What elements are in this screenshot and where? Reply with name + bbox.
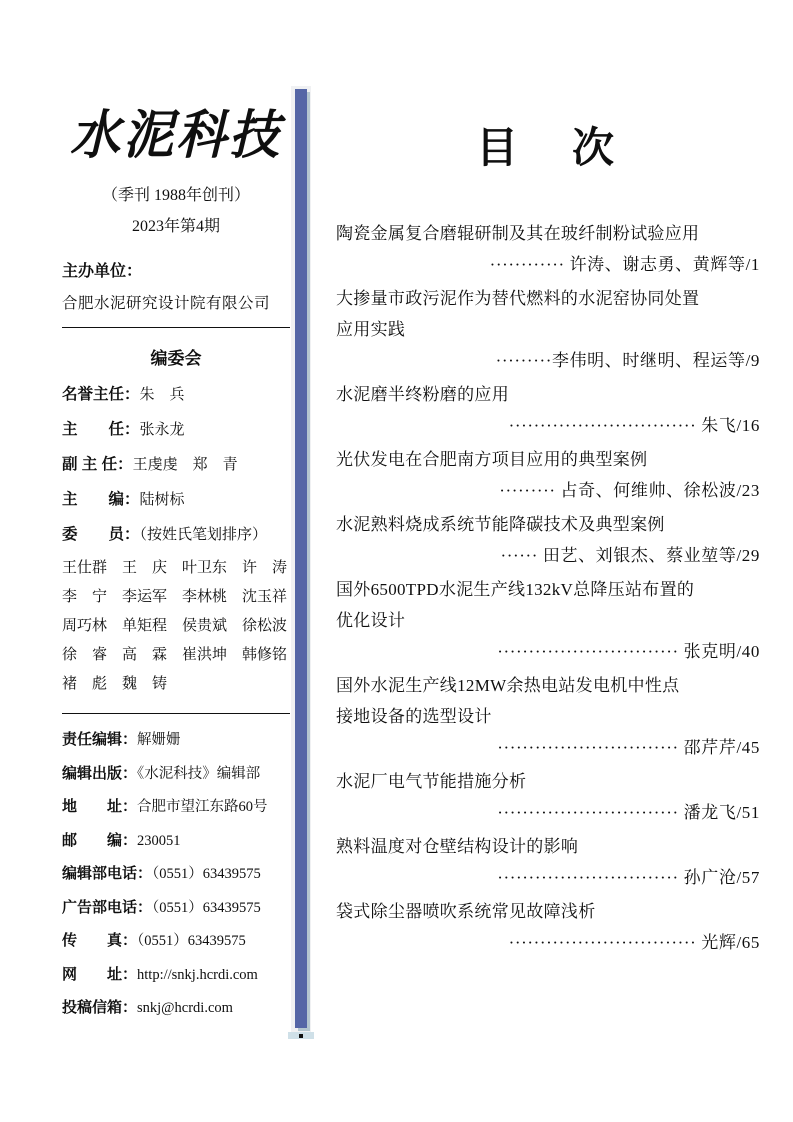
toc-entry-title-line: 光伏发电在合肥南方项目应用的典型案例 — [336, 444, 760, 475]
member-row: 徐 睿 高 霖 崔洪坤 韩修铭 — [62, 641, 290, 670]
divider-rule-bottom — [62, 713, 290, 714]
vertical-divider-frame — [291, 86, 311, 1034]
publishing-value: http://snkj.hcrdi.com — [137, 967, 258, 983]
publishing-value: 解姗姗 — [137, 732, 181, 748]
publishing-line: 责任编辑：解姗姗 — [62, 728, 290, 749]
publishing-label: 广告部电话： — [62, 899, 152, 916]
toc-entry: 袋式除尘器喷吹系统常见故障浅析 ························… — [336, 896, 760, 958]
publishing-label: 邮 编： — [62, 832, 137, 849]
member-row: 周巧林 单矩程 侯贵斌 徐松波 — [62, 612, 290, 641]
toc-entry: 水泥熟料烧成系统节能降碳技术及典型案例 ······ 田艺、刘银杰、蔡业堃等/2… — [336, 509, 760, 571]
journal-title: 水泥科技 — [62, 102, 290, 167]
publishing-label: 传 真： — [62, 932, 137, 949]
toc-entry-title-line: 水泥磨半终粉磨的应用 — [336, 379, 760, 410]
board-role-line: 副 主 任：王虔虔 郑 青 — [62, 452, 290, 474]
toc-entry-byline: ····························· 邵芹芹/45 — [336, 732, 760, 763]
toc-entry-title: 水泥厂电气节能措施分析 — [336, 766, 760, 797]
board-role-value: 朱 兵 — [140, 387, 185, 403]
toc-entry: 国外6500TPD水泥生产线132kV总降压站布置的优化设计 ·········… — [336, 574, 760, 667]
toc-entry-byline: ········· 占奇、何维帅、徐松波/23 — [336, 475, 760, 506]
toc-entry-byline: ·········李伟明、时继明、程运等/9 — [336, 345, 760, 376]
publishing-line: 编辑部电话：（0551）63439575 — [62, 862, 290, 883]
journal-front-page: { "masthead": { "title": "水泥科技", "subtit… — [0, 0, 793, 1122]
board-role-label: 主 任： — [62, 421, 140, 438]
publishing-line: 投稿信箱：snkj@hcrdi.com — [62, 996, 290, 1017]
publishing-label: 地 址： — [62, 798, 137, 815]
toc-entry-title-line: 优化设计 — [336, 605, 760, 636]
board-role-line: 主 任：张永龙 — [62, 417, 290, 439]
toc-entry-title-line: 国外6500TPD水泥生产线132kV总降压站布置的 — [336, 574, 760, 605]
divider-endcap-dot — [299, 1034, 303, 1038]
board-role-line: 主 编：陆树标 — [62, 487, 290, 509]
member-rows-host: 王仕群 王 庆 叶卫东 许 涛李 宁 李运军 李林桃 沈玉祥周巧林 单矩程 侯贵… — [62, 554, 290, 699]
publishing-value: （0551）63439575 — [152, 900, 261, 916]
toc-entry-byline: ······ 田艺、刘银杰、蔡业堃等/29 — [336, 540, 760, 571]
toc-entry-byline: ······························ 光辉/65 — [336, 927, 760, 958]
toc-entry-byline: ····························· 孙广沧/57 — [336, 862, 760, 893]
publishing-label: 编辑出版： — [62, 765, 137, 782]
toc-entry-byline: ············ 许涛、谢志勇、黄辉等/1 — [336, 249, 760, 280]
editorial-board-roles: 名誉主任：朱 兵 主 任：张永龙 副 主 任：王虔虔 郑 青 主 编：陆树标 委… — [62, 382, 290, 544]
divider-rule-top — [62, 327, 290, 328]
toc-entry-title: 水泥磨半终粉磨的应用 — [336, 379, 760, 410]
member-row: 王仕群 王 庆 叶卫东 许 涛 — [62, 554, 290, 583]
toc-entry-title-line: 水泥熟料烧成系统节能降碳技术及典型案例 — [336, 509, 760, 540]
toc-entry: 陶瓷金属复合磨辊研制及其在玻纤制粉试验应用 ············ 许涛、谢志… — [336, 218, 760, 280]
toc-entry-byline: ······························ 朱飞/16 — [336, 410, 760, 441]
publishing-label: 编辑部电话： — [62, 865, 152, 882]
toc-entry-title-line: 应用实践 — [336, 314, 760, 345]
toc-entry-title-line: 熟料温度对仓壁结构设计的影响 — [336, 831, 760, 862]
toc-entry: 大掺量市政污泥作为替代燃料的水泥窑协同处置应用实践 ·········李伟明、时… — [336, 283, 760, 376]
board-role-value: 陆树标 — [140, 492, 185, 508]
board-role-label: 副 主 任： — [62, 456, 133, 473]
publishing-value: （0551）63439575 — [137, 933, 246, 949]
toc-entry-title-line: 陶瓷金属复合磨辊研制及其在玻纤制粉试验应用 — [336, 218, 760, 249]
toc-entry-title: 国外水泥生产线12MW余热电站发电机中性点接地设备的选型设计 — [336, 670, 760, 732]
toc-entry: 熟料温度对仓壁结构设计的影响 ·························… — [336, 831, 760, 893]
editorial-board-member-rows: 王仕群 王 庆 叶卫东 许 涛李 宁 李运军 李林桃 沈玉祥周巧林 单矩程 侯贵… — [62, 554, 290, 699]
publishing-value: 合肥市望江东路60号 — [137, 799, 268, 815]
publishing-line: 邮 编：230051 — [62, 829, 290, 850]
organizer-label: 主办单位： — [62, 258, 290, 281]
toc-entry-title-line: 水泥厂电气节能措施分析 — [336, 766, 760, 797]
board-role-value: 张永龙 — [140, 422, 185, 438]
toc-entry-title-line: 国外水泥生产线12MW余热电站发电机中性点 — [336, 670, 760, 701]
board-role-line: 名誉主任：朱 兵 — [62, 382, 290, 404]
toc-entry-title: 光伏发电在合肥南方项目应用的典型案例 — [336, 444, 760, 475]
toc-entry-title: 袋式除尘器喷吹系统常见故障浅析 — [336, 896, 760, 927]
toc-heading: 目 次 — [336, 124, 760, 174]
publishing-line: 传 真：（0551）63439575 — [62, 929, 290, 950]
member-row: 褚 彪 魏 铸 — [62, 670, 290, 699]
toc-entry-byline: ····························· 潘龙飞/51 — [336, 797, 760, 828]
toc-entry-title: 熟料温度对仓壁结构设计的影响 — [336, 831, 760, 862]
publishing-value: snkj@hcrdi.com — [137, 1000, 233, 1016]
toc-entry-title: 水泥熟料烧成系统节能降碳技术及典型案例 — [336, 509, 760, 540]
toc-entry: 光伏发电在合肥南方项目应用的典型案例 ········· 占奇、何维帅、徐松波/… — [336, 444, 760, 506]
board-role-label: 名誉主任： — [62, 386, 140, 403]
board-role-value: （按姓氏笔划排序） — [140, 527, 268, 543]
journal-issue: 2023年第4期 — [62, 213, 290, 236]
publishing-value: （0551）63439575 — [152, 866, 261, 882]
organizer-name: 合肥水泥研究设计院有限公司 — [62, 291, 290, 313]
member-row: 李 宁 李运军 李林桃 沈玉祥 — [62, 583, 290, 612]
toc-entry-title: 国外6500TPD水泥生产线132kV总降压站布置的优化设计 — [336, 574, 760, 636]
publishing-line: 编辑出版：《水泥科技》编辑部 — [62, 762, 290, 783]
journal-subtitle: （季刊 1988年创刊） — [62, 182, 290, 205]
publishing-line: 广告部电话：（0551）63439575 — [62, 896, 290, 917]
publishing-label: 责任编辑： — [62, 731, 137, 748]
toc-list: 陶瓷金属复合磨辊研制及其在玻纤制粉试验应用 ············ 许涛、谢志… — [336, 218, 760, 958]
toc-column: 目 次 陶瓷金属复合磨辊研制及其在玻纤制粉试验应用 ············ 许… — [336, 124, 760, 961]
board-role-label: 主 编： — [62, 491, 140, 508]
publishing-value: 230051 — [137, 833, 181, 849]
board-role-line: 委 员：（按姓氏笔划排序） — [62, 522, 290, 544]
toc-entry-title-line: 大掺量市政污泥作为替代燃料的水泥窑协同处置 — [336, 283, 760, 314]
publishing-label: 投稿信箱： — [62, 999, 137, 1016]
toc-entry-title: 陶瓷金属复合磨辊研制及其在玻纤制粉试验应用 — [336, 218, 760, 249]
toc-entry-title-line: 接地设备的选型设计 — [336, 701, 760, 732]
publishing-label: 网 址： — [62, 966, 137, 983]
toc-entry: 水泥厂电气节能措施分析 ····························… — [336, 766, 760, 828]
toc-entry-title: 大掺量市政污泥作为替代燃料的水泥窑协同处置应用实践 — [336, 283, 760, 345]
board-role-label: 委 员： — [62, 526, 140, 543]
publishing-line: 网 址：http://snkj.hcrdi.com — [62, 963, 290, 984]
publishing-line: 地 址：合肥市望江东路60号 — [62, 795, 290, 816]
toc-entry: 国外水泥生产线12MW余热电站发电机中性点接地设备的选型设计 ·········… — [336, 670, 760, 763]
publishing-info: 责任编辑：解姗姗 编辑出版：《水泥科技》编辑部 地 址：合肥市望江东路60号 邮… — [62, 728, 290, 1017]
toc-entry-title-line: 袋式除尘器喷吹系统常见故障浅析 — [336, 896, 760, 927]
publishing-value: 《水泥科技》编辑部 — [137, 766, 260, 782]
board-role-value: 王虔虔 郑 青 — [133, 457, 238, 473]
divider-endcap — [288, 1032, 314, 1039]
editorial-board-heading: 编委会 — [62, 344, 290, 369]
toc-entry: 水泥磨半终粉磨的应用 ·····························… — [336, 379, 760, 441]
toc-entry-byline: ····························· 张克明/40 — [336, 636, 760, 667]
masthead-column: 水泥科技 （季刊 1988年创刊） 2023年第4期 主办单位： 合肥水泥研究设… — [62, 104, 290, 1017]
vertical-divider-bar — [295, 89, 307, 1028]
